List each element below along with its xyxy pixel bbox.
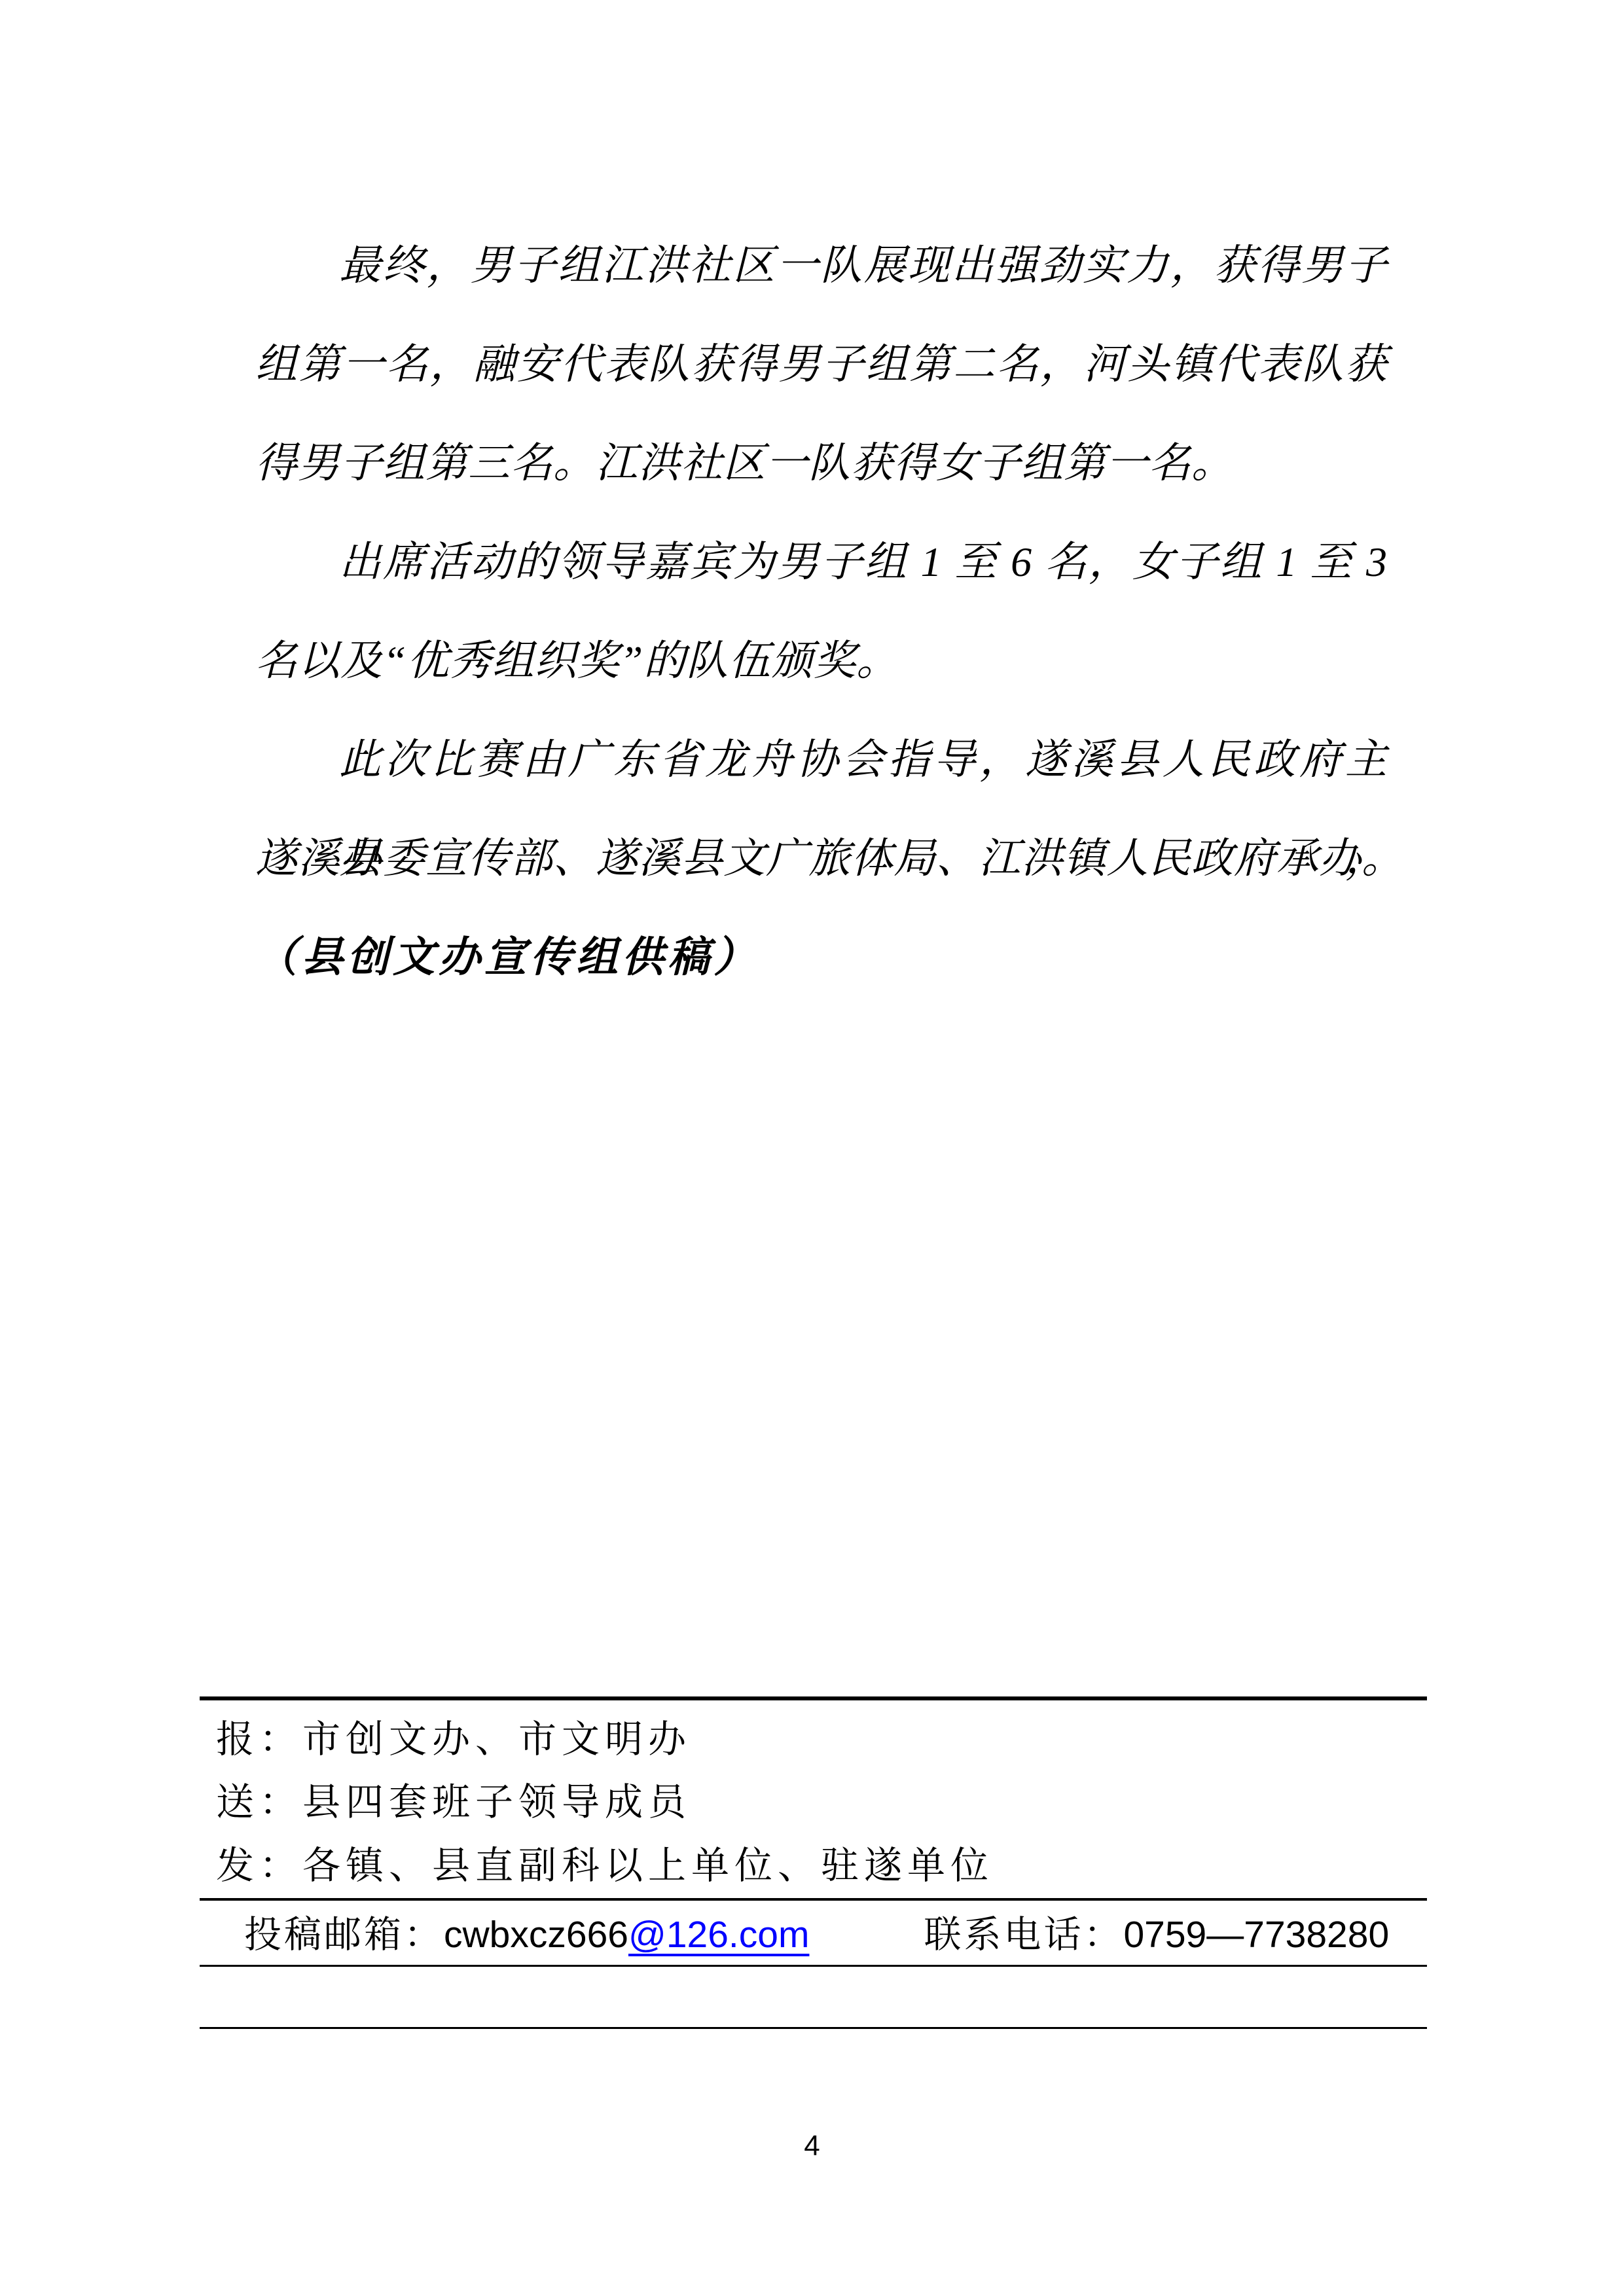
divider-line-below-contact	[200, 1965, 1427, 1967]
body-line-7: 遂溪县委宣传部、遂溪县文广旅体局、江洪镇人民政府承办。	[255, 809, 1388, 908]
distribution-row-send: 送：县四套班子领导成员	[216, 1782, 691, 1823]
body-line-6: 此次比赛由广东省龙舟协会指导，遂溪县人民政府主办，	[255, 710, 1388, 809]
contact-row: 投稿邮箱：cwbxcz666@126.com联系电话：0759—7738280	[244, 1914, 1389, 1956]
byline-credit: （县创文办宣传组供稿）	[255, 908, 1388, 1007]
phone-number: 0759—7738280	[1123, 1914, 1389, 1956]
body-line-1: 最终，男子组江洪社区一队展现出强劲实力，获得男子	[255, 216, 1388, 315]
divider-line-top	[200, 1696, 1427, 1700]
distribution-row-issue: 发：各镇、县直副科以上单位、驻遂单位	[216, 1845, 994, 1887]
email-link[interactable]: @126.com	[628, 1914, 809, 1956]
divider-line-bottom	[200, 2027, 1427, 2029]
body-line-3: 得男子组第三名。江洪社区一队获得女子组第一名。	[255, 414, 1388, 512]
phone-label: 联系电话：	[924, 1914, 1123, 1956]
email-user: cwbxcz666	[444, 1914, 628, 1956]
body-line-2: 组第一名，融安代表队获得男子组第二名，河头镇代表队获	[255, 315, 1388, 414]
distribution-row-report: 报：市创文办、市文明办	[216, 1719, 691, 1761]
body-line-4: 出席活动的领导嘉宾为男子组 1 至 6 名，女子组 1 至 3	[255, 512, 1388, 611]
page-number: 4	[0, 2130, 1624, 2162]
document-page: 最终，男子组江洪社区一队展现出强劲实力，获得男子 组第一名，融安代表队获得男子组…	[0, 0, 1624, 2296]
email-label: 投稿邮箱：	[244, 1914, 444, 1956]
divider-line-middle	[200, 1898, 1427, 1901]
body-line-5: 名以及“优秀组织奖”的队伍颁奖。	[255, 611, 1388, 710]
